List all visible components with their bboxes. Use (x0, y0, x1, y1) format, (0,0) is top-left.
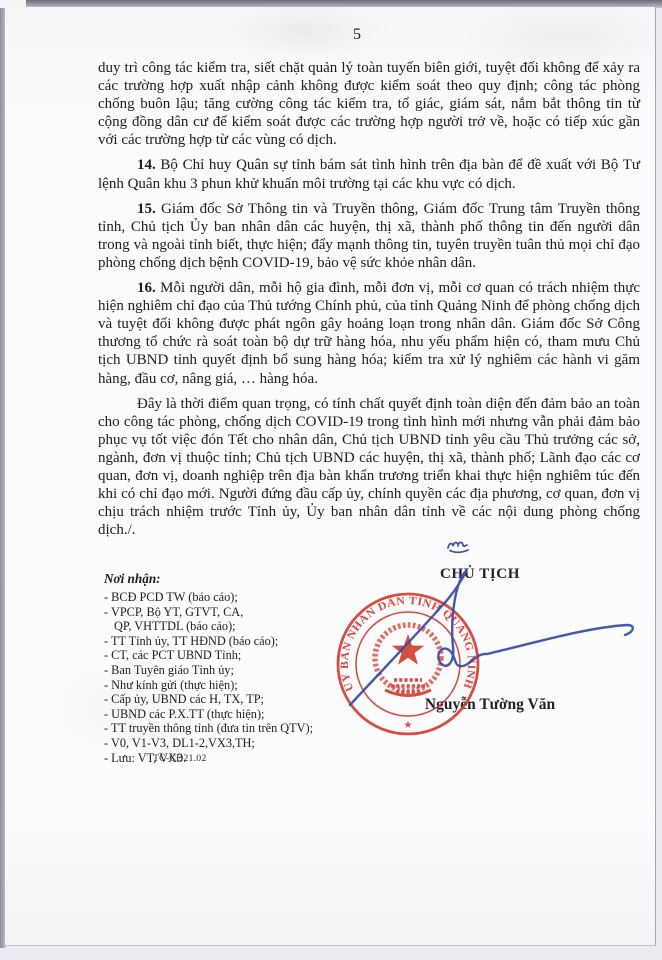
recipient-item: - Lưu: VT, VX3. (104, 751, 404, 766)
paragraph-item-15: 15. Giám đốc Sở Thông tin và Truyền thôn… (98, 200, 640, 272)
paragraph-number: 16. (137, 280, 156, 296)
paragraph-number: 15. (137, 201, 156, 217)
page-number: 5 (86, 26, 628, 44)
paragraph-item-14: 14. Bộ Chỉ huy Quân sự tỉnh bám sát tình… (98, 156, 640, 192)
paragraph-continuation: duy trì công tác kiểm tra, siết chặt quả… (98, 59, 640, 149)
paragraph-number: 14. (137, 157, 156, 173)
signature-ink-icon (330, 553, 662, 738)
document-code: TC-CĐ21.02 (153, 753, 206, 764)
paragraph-item-16: 16. Mỗi người dân, mỗi hộ gia đình, mỗi … (98, 279, 640, 388)
paragraph-closing: Đây là thời điểm quan trọng, có tính chấ… (98, 395, 640, 540)
document-body: duy trì công tác kiểm tra, siết chặt quả… (98, 59, 640, 546)
signer-initials-ink-icon (446, 537, 472, 555)
